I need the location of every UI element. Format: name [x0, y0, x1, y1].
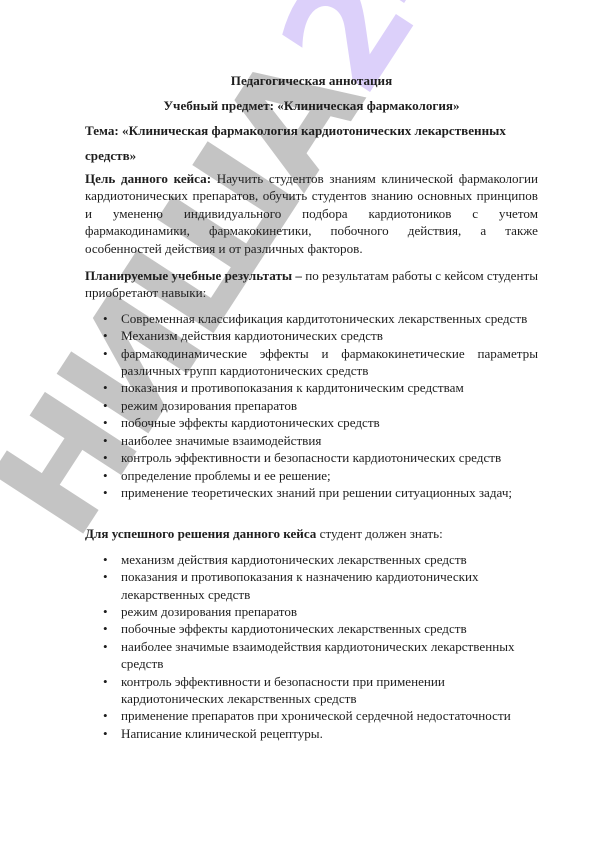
list-item: •побочные эффекты кардиотонических лекар…	[85, 620, 538, 637]
outcomes-label: Планируемые учебные результаты –	[85, 268, 302, 283]
knowledge-list: •механизм действия кардиотонических лека…	[85, 551, 538, 742]
topic-heading: Тема: «Клиническая фармакология кардиото…	[85, 118, 538, 168]
list-item: •Современная классификация кардитотониче…	[85, 310, 538, 327]
list-item: •показания и противопоказания к назначен…	[85, 568, 538, 603]
list-item: •контроль эффективности и безопасности п…	[85, 673, 538, 708]
bullet-icon: •	[103, 345, 108, 362]
list-item-text: Механизм действия кардиотонических средс…	[121, 328, 383, 343]
goal-label: Цель данного кейса:	[85, 171, 211, 186]
bullet-icon: •	[103, 673, 108, 690]
list-item: •фармакодинамические эффекты и фармакоки…	[85, 345, 538, 380]
list-item-text: режим дозирования препаратов	[121, 398, 297, 413]
bullet-icon: •	[103, 725, 108, 742]
list-item-text: контроль эффективности и безопасности пр…	[121, 674, 445, 706]
list-item: •режим дозирования препаратов	[85, 397, 538, 414]
list-item: •механизм действия кардиотонических лека…	[85, 551, 538, 568]
list-item-text: определение проблемы и ее решение;	[121, 468, 331, 483]
bullet-icon: •	[103, 397, 108, 414]
list-item-text: контроль эффективности и безопасности ка…	[121, 450, 501, 465]
list-item-text: применение препаратов при хронической се…	[121, 708, 511, 723]
knowledge-paragraph: Для успешного решения данного кейса студ…	[85, 525, 538, 542]
list-item-text: Современная классификация кардитотоничес…	[121, 311, 527, 326]
bullet-icon: •	[103, 449, 108, 466]
bullet-icon: •	[103, 603, 108, 620]
knowledge-label: Для успешного решения данного кейса	[85, 526, 316, 541]
bullet-icon: •	[103, 379, 108, 396]
document-content: Педагогическая аннотация Учебный предмет…	[85, 68, 538, 742]
list-item: •наиболее значимые взаимодействия кардио…	[85, 638, 538, 673]
list-item: •Механизм действия кардиотонических сред…	[85, 327, 538, 344]
list-item: •применение препаратов при хронической с…	[85, 707, 538, 724]
list-item: •режим дозирования препаратов	[85, 603, 538, 620]
subject-heading: Учебный предмет: «Клиническая фармаколог…	[85, 93, 538, 118]
list-item: •побочные эффекты кардиотонических средс…	[85, 414, 538, 431]
list-item-text: режим дозирования препаратов	[121, 604, 297, 619]
list-item: •контроль эффективности и безопасности к…	[85, 449, 538, 466]
list-item-text: наиболее значимые взаимодействия	[121, 433, 321, 448]
bullet-icon: •	[103, 327, 108, 344]
list-item: •определение проблемы и ее решение;	[85, 467, 538, 484]
list-item-text: побочные эффекты кардиотонических средст…	[121, 415, 380, 430]
bullet-icon: •	[103, 310, 108, 327]
bullet-icon: •	[103, 467, 108, 484]
bullet-icon: •	[103, 414, 108, 431]
document-title: Педагогическая аннотация	[85, 68, 538, 93]
bullet-icon: •	[103, 551, 108, 568]
list-item-text: показания и противопоказания к кардитони…	[121, 380, 464, 395]
list-item-text: фармакодинамические эффекты и фармакокин…	[121, 346, 538, 378]
bullet-icon: •	[103, 707, 108, 724]
list-item: •наиболее значимые взаимодействия	[85, 432, 538, 449]
knowledge-text: студент должен знать:	[316, 526, 442, 541]
list-item-text: механизм действия кардиотонических лекар…	[121, 552, 467, 567]
document-page: НИША24 Педагогическая аннотация Учебный …	[0, 0, 596, 842]
outcomes-list: •Современная классификация кардитотониче…	[85, 310, 538, 501]
goal-paragraph: Цель данного кейса: Научить студентов зн…	[85, 170, 538, 257]
bullet-icon: •	[103, 620, 108, 637]
outcomes-paragraph: Планируемые учебные результаты – по резу…	[85, 267, 538, 302]
list-item: •применение теоретических знаний при реш…	[85, 484, 538, 501]
list-item-text: показания и противопоказания к назначени…	[121, 569, 479, 601]
list-item-text: Написание клинической рецептуры.	[121, 726, 323, 741]
bullet-icon: •	[103, 568, 108, 585]
list-item-text: наиболее значимые взаимодействия кардиот…	[121, 639, 515, 671]
bullet-icon: •	[103, 638, 108, 655]
bullet-icon: •	[103, 484, 108, 501]
list-item: •Написание клинической рецептуры.	[85, 725, 538, 742]
list-item: •показания и противопоказания к кардитон…	[85, 379, 538, 396]
list-item-text: побочные эффекты кардиотонических лекарс…	[121, 621, 467, 636]
bullet-icon: •	[103, 432, 108, 449]
list-item-text: применение теоретических знаний при реше…	[121, 485, 512, 500]
